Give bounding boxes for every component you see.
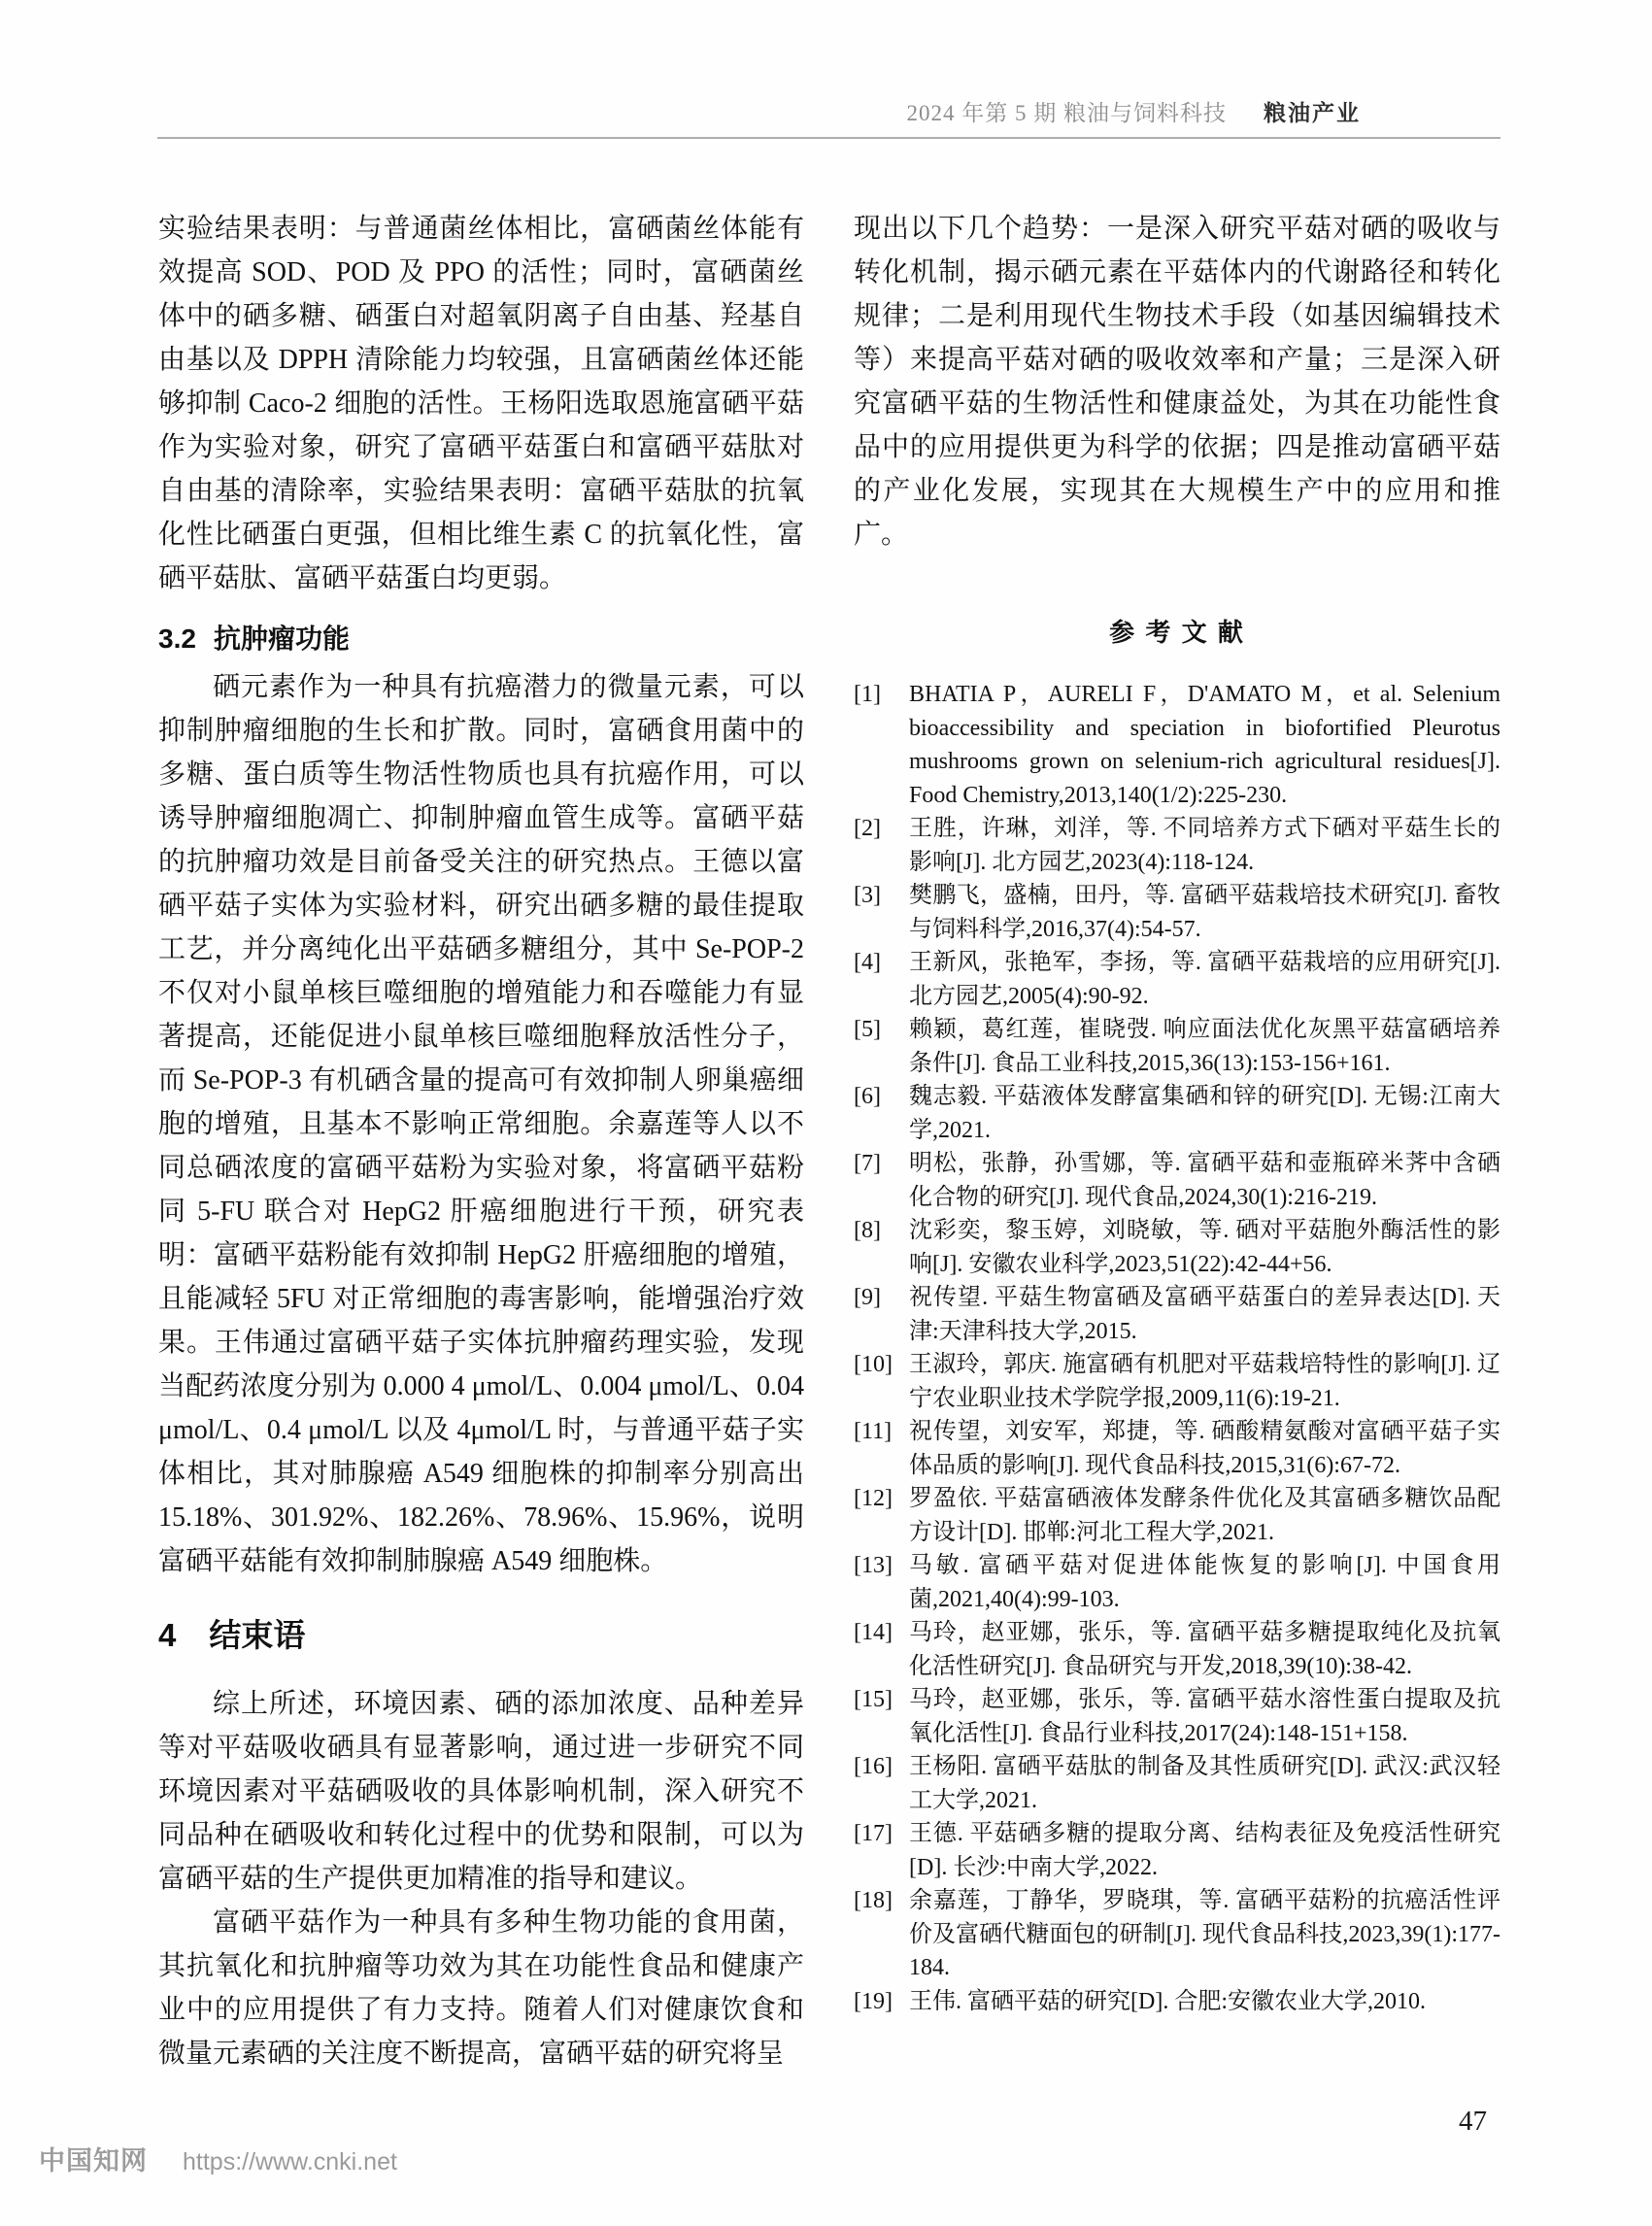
reference-item: [11]祝传望，刘安军，郑捷，等. 硒酸精氨酸对富硒平菇子实体品质的影响[J].…	[854, 1415, 1500, 1482]
right-column: 现出以下几个趋势：一是深入研究平菇对硒的吸收与转化机制，揭示硒元素在平菇体内的代…	[854, 207, 1500, 2018]
reference-text: 魏志毅. 平菇液体发酵富集硒和锌的研究[D]. 无锡:江南大学,2021.	[909, 1084, 1500, 1143]
reference-item: [19]王伟. 富硒平菇的研究[D]. 合肥:安徽农业大学,2010.	[854, 1985, 1500, 2019]
section-title: 抗肿瘤功能	[214, 624, 350, 654]
reference-item: [18]余嘉莲，丁静华，罗晓琪，等. 富硒平菇粉的抗癌活性评价及富硒代糖面包的研…	[854, 1884, 1500, 1985]
reference-item: [2]王胜，许琳，刘洋，等. 不同培养方式下硒对平菇生长的影响[J]. 北方园艺…	[854, 812, 1500, 879]
page-header: 2024 年第 5 期 粮油与饲料科技粮油产业	[907, 95, 1362, 127]
left-column: 实验结果表明：与普通菌丝体相比，富硒菌丝体能有效提高 SOD、POD 及 PPO…	[158, 207, 804, 2075]
reference-item: [3]樊鹏飞，盛楠，田丹，等. 富硒平菇栽培技术研究[J]. 畜牧与饲料科学,2…	[854, 879, 1500, 946]
reference-text: 余嘉莲，丁静华，罗晓琪，等. 富硒平菇粉的抗癌活性评价及富硒代糖面包的研制[J]…	[909, 1888, 1500, 1980]
reference-text: 赖颖，葛红莲，崔晓弢. 响应面法优化灰黑平菇富硒培养条件[J]. 食品工业科技,…	[909, 1017, 1500, 1076]
reference-item: [4]王新风，张艳军，李扬，等. 富硒平菇栽培的应用研究[J]. 北方园艺,20…	[854, 946, 1500, 1013]
paragraph-conclusion-continuation: 现出以下几个趋势：一是深入研究平菇对硒的吸收与转化机制，揭示硒元素在平菇体内的代…	[854, 207, 1500, 556]
reference-label: [12]	[854, 1482, 893, 1516]
reference-label: [16]	[854, 1750, 893, 1784]
cnki-watermark-name: 中国知网	[39, 2146, 148, 2175]
cnki-watermark: 中国知网https://www.cnki.net	[39, 2140, 397, 2177]
reference-label: [3]	[854, 879, 881, 913]
section-number: 3.2	[158, 624, 196, 654]
page-number: 47	[1459, 2106, 1487, 2138]
reference-text: BHATIA P，AURELI F，D'AMATO M，et al. Selen…	[909, 682, 1500, 808]
reference-item: [17]王德. 平菇硒多糖的提取分离、结构表征及免疫活性研究[D]. 长沙:中南…	[854, 1817, 1500, 1884]
reference-label: [9]	[854, 1281, 881, 1315]
section-heading-4: 4结束语	[158, 1612, 804, 1659]
reference-item: [5]赖颖，葛红莲，崔晓弢. 响应面法优化灰黑平菇富硒培养条件[J]. 食品工业…	[854, 1013, 1500, 1080]
reference-item: [16]王杨阳. 富硒平菇肽的制备及其性质研究[D]. 武汉:武汉轻工大学,20…	[854, 1750, 1500, 1817]
reference-item: [1]BHATIA P，AURELI F，D'AMATO M，et al. Se…	[854, 678, 1500, 812]
reference-text: 王胜，许琳，刘洋，等. 不同培养方式下硒对平菇生长的影响[J]. 北方园艺,20…	[909, 816, 1500, 875]
header-divider-rule	[157, 137, 1500, 139]
section-title: 结束语	[209, 1617, 305, 1653]
paragraph-conclusion-2: 富硒平菇作为一种具有多种生物功能的食用菌，其抗氧化和抗肿瘤等功效为其在功能性食品…	[158, 1901, 804, 2075]
reference-label: [10]	[854, 1348, 893, 1382]
section-number: 4	[158, 1617, 176, 1653]
reference-label: [14]	[854, 1616, 893, 1650]
cnki-watermark-url: https://www.cnki.net	[183, 2148, 397, 2175]
reference-text: 王德. 平菇硒多糖的提取分离、结构表征及免疫活性研究[D]. 长沙:中南大学,2…	[909, 1821, 1500, 1880]
reference-label: [2]	[854, 812, 881, 846]
reference-text: 马玲，赵亚娜，张乐，等. 富硒平菇多糖提取纯化及抗氧化活性研究[J]. 食品研究…	[909, 1620, 1500, 1679]
reference-item: [7]明松，张静，孙雪娜，等. 富硒平菇和壶瓶碎米荠中含硒化合物的研究[J]. …	[854, 1147, 1500, 1214]
reference-item: [15]马玲，赵亚娜，张乐，等. 富硒平菇水溶性蛋白提取及抗氧化活性[J]. 食…	[854, 1683, 1500, 1750]
reference-text: 樊鹏飞，盛楠，田丹，等. 富硒平菇栽培技术研究[J]. 畜牧与饲料科学,2016…	[909, 883, 1500, 942]
scanned-paper-page: 2024 年第 5 期 粮油与饲料科技粮油产业 实验结果表明：与普通菌丝体相比，…	[0, 0, 1652, 2226]
reference-item: [10]王淑玲，郭庆. 施富硒有机肥对平菇栽培特性的影响[J]. 辽宁农业职业技…	[854, 1348, 1500, 1415]
references-list: [1]BHATIA P，AURELI F，D'AMATO M，et al. Se…	[854, 678, 1500, 2018]
reference-text: 明松，张静，孙雪娜，等. 富硒平菇和壶瓶碎米荠中含硒化合物的研究[J]. 现代食…	[909, 1151, 1500, 1210]
reference-text: 王伟. 富硒平菇的研究[D]. 合肥:安徽农业大学,2010.	[909, 1989, 1426, 2014]
reference-label: [5]	[854, 1013, 881, 1047]
reference-label: [6]	[854, 1080, 881, 1114]
reference-label: [4]	[854, 946, 881, 980]
reference-text: 沈彩奕，黎玉婷，刘晓敏，等. 硒对平菇胞外酶活性的影响[J]. 安徽农业科学,2…	[909, 1218, 1500, 1277]
references-heading: 参 考 文 献	[854, 613, 1500, 649]
reference-label: [15]	[854, 1683, 893, 1717]
section-heading-3-2: 3.2抗肿瘤功能	[158, 617, 804, 660]
reference-label: [19]	[854, 1985, 893, 2019]
reference-item: [14]马玲，赵亚娜，张乐，等. 富硒平菇多糖提取纯化及抗氧化活性研究[J]. …	[854, 1616, 1500, 1683]
reference-label: [1]	[854, 678, 881, 712]
paragraph-antitumor: 硒元素作为一种具有抗癌潜力的微量元素，可以抑制肿瘤细胞的生长和扩散。同时，富硒食…	[158, 665, 804, 1583]
reference-item: [12]罗盈依. 平菇富硒液体发酵条件优化及其富硒多糖饮品配方设计[D]. 邯郸…	[854, 1482, 1500, 1549]
paragraph-antioxidant-continuation: 实验结果表明：与普通菌丝体相比，富硒菌丝体能有效提高 SOD、POD 及 PPO…	[158, 207, 804, 600]
reference-label: [8]	[854, 1214, 881, 1248]
reference-item: [8]沈彩奕，黎玉婷，刘晓敏，等. 硒对平菇胞外酶活性的影响[J]. 安徽农业科…	[854, 1214, 1500, 1281]
reference-text: 祝传望. 平菇生物富硒及富硒平菇蛋白的差异表达[D]. 天津:天津科技大学,20…	[909, 1285, 1500, 1344]
reference-text: 王新风，张艳军，李扬，等. 富硒平菇栽培的应用研究[J]. 北方园艺,2005(…	[909, 950, 1500, 1009]
reference-item: [13]马敏. 富硒平菇对促进体能恢复的影响[J]. 中国食用菌,2021,40…	[854, 1549, 1500, 1616]
reference-item: [9]祝传望. 平菇生物富硒及富硒平菇蛋白的差异表达[D]. 天津:天津科技大学…	[854, 1281, 1500, 1348]
reference-text: 马玲，赵亚娜，张乐，等. 富硒平菇水溶性蛋白提取及抗氧化活性[J]. 食品行业科…	[909, 1687, 1500, 1746]
journal-issue-info: 2024 年第 5 期 粮油与饲料科技	[907, 101, 1228, 125]
reference-text: 祝传望，刘安军，郑捷，等. 硒酸精氨酸对富硒平菇子实体品质的影响[J]. 现代食…	[909, 1419, 1500, 1478]
reference-label: [7]	[854, 1147, 881, 1181]
reference-label: [13]	[854, 1549, 893, 1583]
reference-text: 马敏. 富硒平菇对促进体能恢复的影响[J]. 中国食用菌,2021,40(4):…	[909, 1553, 1500, 1612]
reference-text: 王淑玲，郭庆. 施富硒有机肥对平菇栽培特性的影响[J]. 辽宁农业职业技术学院学…	[909, 1352, 1500, 1411]
reference-label: [18]	[854, 1884, 893, 1918]
paragraph-conclusion-1: 综上所述，环境因素、硒的添加浓度、品种差异等对平菇吸收硒具有显著影响，通过进一步…	[158, 1682, 804, 1901]
reference-text: 罗盈依. 平菇富硒液体发酵条件优化及其富硒多糖饮品配方设计[D]. 邯郸:河北工…	[909, 1486, 1500, 1545]
reference-text: 王杨阳. 富硒平菇肽的制备及其性质研究[D]. 武汉:武汉轻工大学,2021.	[909, 1754, 1500, 1813]
reference-label: [17]	[854, 1817, 893, 1851]
reference-item: [6]魏志毅. 平菇液体发酵富集硒和锌的研究[D]. 无锡:江南大学,2021.	[854, 1080, 1500, 1147]
reference-label: [11]	[854, 1415, 892, 1449]
journal-column-name: 粮油产业	[1264, 100, 1361, 125]
